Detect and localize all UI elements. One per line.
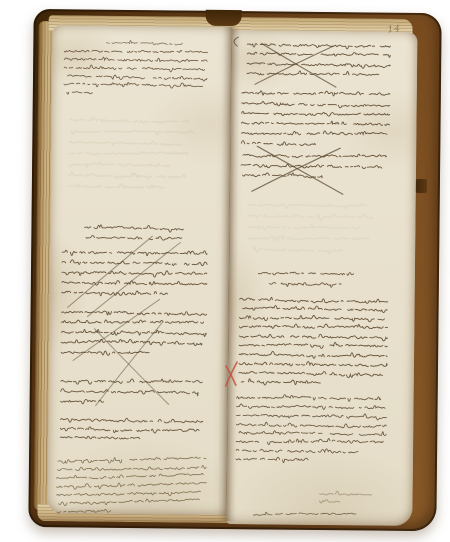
right-page [226,30,417,526]
left-page [47,25,231,515]
folio-number: 14 [387,24,401,35]
photo-background: 14 [0,0,450,542]
spine-notch [206,10,242,26]
manuscript-book: 14 [0,0,450,542]
clasp-remnant [416,179,427,193]
